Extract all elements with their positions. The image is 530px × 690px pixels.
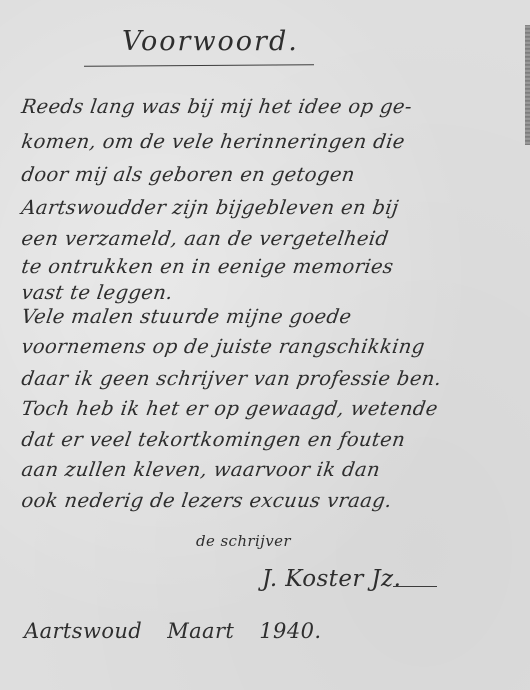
document-title: Voorwoord. [122,26,299,57]
signature: J. Koster Jz. [262,566,401,592]
body-line: aan zullen kleven, waarvoor ik dan [20,458,382,481]
body-line: vast te leggen. [20,281,175,304]
place-and-date: Aartswoud Maart 1940. [24,619,321,643]
handwritten-page: Voorwoord. Reeds lang was bij mij het id… [0,0,530,690]
body-line: Reeds lang was bij mij het idee op ge- [20,95,414,118]
body-line: komen, om de vele herinneringen die [20,130,406,153]
body-line: voornemens op de juiste rangschikking [20,335,426,358]
body-line: Toch heb ik het er op gewaagd, wetende [20,397,440,420]
body-line: ook nederig de lezers excuus vraag. [20,489,393,512]
title-underline [84,64,314,67]
body-line: door mij als geboren en getogen [20,163,356,186]
body-line: dat er veel tekortkomingen en fouten [20,428,407,451]
body-line: daar ik geen schrijver van professie ben… [20,367,443,390]
page-binding-edge [525,25,530,145]
body-line: een verzameld, aan de vergetelheid [20,227,390,250]
body-line: Aartswoudder zijn bijgebleven en bij [20,196,400,219]
signature-underline [393,586,437,587]
signer-label: de schrijver [196,532,291,550]
body-line: te ontrukken en in eenige memories [20,255,395,278]
body-line: Vele malen stuurde mijne goede [20,305,353,328]
